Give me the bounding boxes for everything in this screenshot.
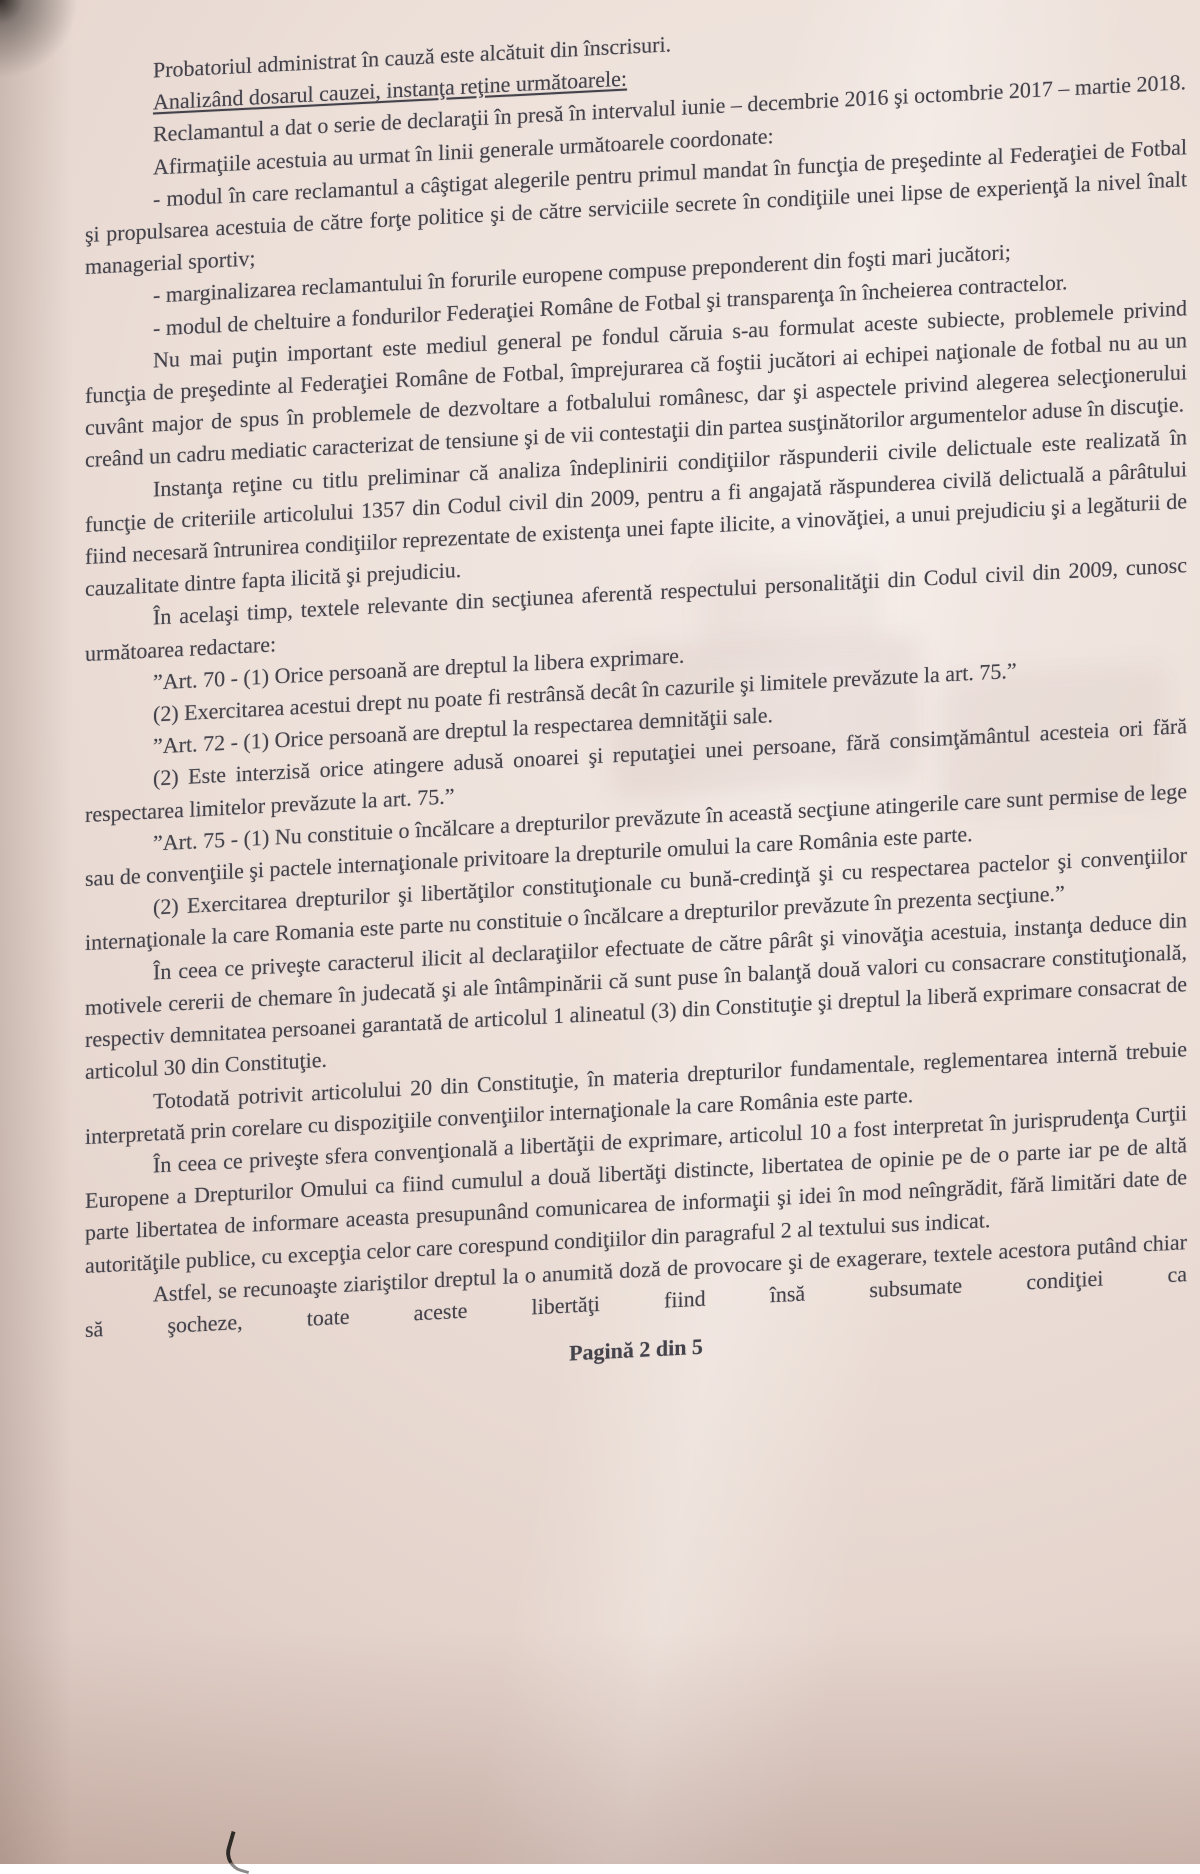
scanned-court-document-page: Probatoriul administrat în cauză este al… xyxy=(0,0,1200,1864)
paragraphs-container: Probatoriul administrat în cauză este al… xyxy=(85,2,1187,1346)
document-text-block: Probatoriul administrat în cauză este al… xyxy=(85,2,1187,1394)
pen-stroke xyxy=(221,1831,258,1864)
